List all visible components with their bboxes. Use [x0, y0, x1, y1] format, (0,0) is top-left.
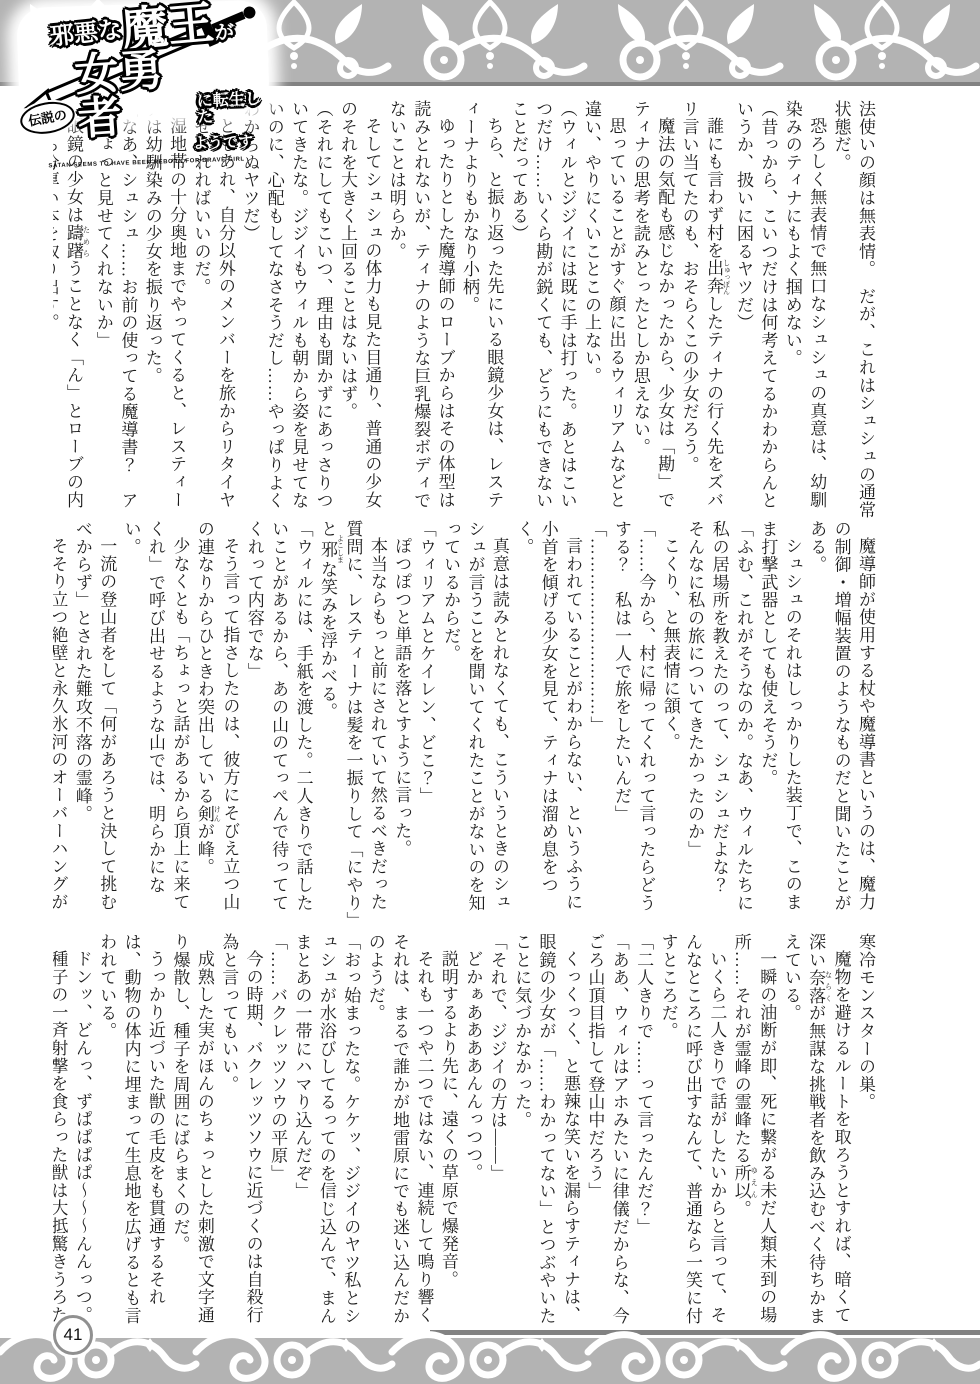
paragraph: 少なくとも「ちょっと話があるから頂上に来てくれ」で呼び出せるような山では、明らか…	[118, 520, 191, 927]
paragraph: 種子の一斉射撃を食らった獣は大抵驚きうろたえ、	[53, 933, 69, 1338]
bottom-ornament-border	[0, 1326, 980, 1384]
paragraph: 「……今から、村に帰ってくれって言ったらどうする？ 私は一人で旅をしたいんだ」	[609, 520, 658, 927]
paragraph: 「……バクレッツソウの平原」	[265, 933, 289, 1338]
paragraph: そう言って指さしたのは、彼方にそびえ立つ山の連なりからひときわ突出している剣けん…	[191, 520, 241, 927]
page-number: 41	[64, 1325, 83, 1345]
paragraph: いくら二人きりで話がしたいからと言って、そんなところに呼び出すなんて、普通なら一…	[655, 933, 728, 1338]
paragraph: 「…………………………」	[584, 520, 608, 927]
paragraph: 魔導師が使用する杖や魔導書というのは、魔力の制御・増幅装置のようなものだと聞いた…	[804, 520, 877, 927]
logo-line2-big: 女勇者	[73, 46, 199, 142]
paragraph: ゆったりとした魔導師のローブからはその体型は読みとれないが、ティナのような巨乳爆…	[383, 100, 456, 519]
paragraph: それも一つや二つではない、連続して鳴り響くそれは、まるで誰かが地雷原にでも迷い込…	[362, 933, 435, 1338]
paragraph: 「ああ、ウィルはアホみたいに律儀だからな、今ごろ山頂目指して登山中だろう」	[582, 933, 631, 1338]
text-band-bottom: 寒冷モンスターの巣。魔物を避けるルートを取ろうとすれば、暗くて深い奈落ならくが無…	[53, 933, 877, 1338]
paragraph: 思っていることがすぐ顔に出るウィリアムなどと違い、やりにくいことこの上ない。	[579, 100, 628, 519]
paragraph: シュシュのそれはしっかりした装丁で、このまま打撃武器としても使えそうだ。	[755, 520, 804, 927]
paragraph: 「ウィリアムとケイレン、どこ？」	[413, 520, 437, 927]
paragraph: 「おっ始まったな。ケケッ、ジジイのヤツ私とシュシュが水浴びしてるってのを信じ込ん…	[289, 933, 362, 1338]
novel-page: { "page": { "number": "41", "colors": { …	[0, 0, 980, 1384]
paragraph: 誰にも言わず村を出奔しゅっぽんしたティナの行く先をズバリ言い当てたのも、おそらく…	[676, 100, 730, 519]
paragraph: 言われていることがわからない、というふうに小首を傾げる少女を見て、ティナは溜め息…	[511, 520, 584, 927]
paragraph: 寒冷モンスターの巣。	[853, 933, 877, 1338]
paragraph: 魔法の気配も感じなかったから、少女は「勘」でティナの思考を読みとったとしか思えな…	[627, 100, 676, 519]
paragraph: くっくっく、と悪辣な笑いを漏らすティナは、眼鏡の少女が「……わかってない」とつぶ…	[509, 933, 582, 1338]
logo-line1-prefix: 邪悪な	[49, 18, 123, 49]
paragraph: どかぁああああんんっつつ。	[460, 933, 484, 1338]
paragraph: 「二人きりで……って言ったんだ？」	[631, 933, 655, 1338]
page-number-badge: 41	[53, 1315, 93, 1355]
paragraph: 真意は読みとれなくても、こういうときのシュシュが言うことを聞いてくれたことがない…	[438, 520, 511, 927]
paragraph: 「ウィルには、手紙を渡した。二人きりで話したいことがあるから、あの山のてっぺんで…	[241, 520, 314, 927]
paragraph: ドンッ、どんっ、ずぱぱぱぱ～～～んんっつ。	[69, 933, 93, 1338]
paragraph: 一瞬の油断が即、死に繋がる未だ人類未到の場所……それが霊峰の霊峰たる所以ゆえん。	[728, 933, 778, 1338]
paragraph: ぽつぽつと単語を落とすように言った。	[389, 520, 413, 927]
text-band-middle: 魔導師が使用する杖や魔導書というのは、魔力の制御・増幅装置のようなものだと聞いた…	[53, 520, 877, 927]
paragraph: 今の時期、バクレッツソウに近づくのは自殺行為と言ってもいい。	[216, 933, 265, 1338]
paragraph: 説明するより先に、遠くの草原で爆発音。	[436, 933, 460, 1338]
paragraph: そしてシュシュの体力も見た目通り、普通の少女のそれを大きく上回ることはないはず。	[335, 100, 384, 519]
paragraph: （ウィルとジジイには既に手は打った。あとはこいつだけ……いくら勘が鋭くても、どう…	[505, 100, 578, 519]
logo-legend-badge: 伝説の	[18, 98, 78, 138]
paragraph: （それにしてもこいつ、理由も聞かずにあっさりついてきたな。ジジイもウィルも朝から…	[237, 100, 335, 519]
series-logo: 邪悪な 魔王 が 伝説の 女勇者 に転生した ようです SATAN SEEMS …	[16, 0, 270, 118]
paragraph: ちら、と振り返った先にいる眼鏡少女は、レスティーナよりもかなり小柄。	[457, 100, 506, 519]
paragraph: 成熟した実がほんのちょっとした刺激で文字通り爆散し、種子を周囲にばらまくのだ。	[167, 933, 216, 1338]
paragraph: 魔物を避けるルートを取ろうとすれば、暗くて深い奈落ならくが無謀な挑戦者を飲み込む…	[778, 933, 852, 1338]
paragraph: 法使いの顔は無表情。 だが、これはシュシュの通常状態だ。	[828, 100, 877, 519]
logo-line-2: 伝説の 女勇者 に転生した	[18, 46, 271, 143]
logo-line1-big: 魔王	[120, 0, 216, 53]
paragraph: （昔っから、こいつだけは何考えてるかわからんというか、扱いに困るヤツだ）	[731, 100, 780, 519]
paragraph: 恐ろしく無表情で無口なシュシュの真意は、幼馴染みのティナにもよく掴めない。	[779, 100, 828, 519]
logo-line2-suffix: に転生した	[196, 92, 270, 127]
paragraph: そそり立つ絶壁と永久氷河のオーバーハングが侵入者を頑として寄せつけない、文字通り…	[53, 520, 69, 927]
paragraph: こくり、と無表情に頷く。	[657, 520, 681, 927]
paragraph: 一流の登山者をして「何があろうと決して挑むべからず」とされた難攻不落の霊峰。	[69, 520, 118, 927]
paragraph: 「それで、ジジイの方は――」	[484, 933, 508, 1338]
paragraph: うっかり近づいた獣の毛皮をも貫通するそれは、動物の体内に埋まって生息地を広げると…	[94, 933, 167, 1338]
paragraph: 本当ならもっと前にされていて然るべきだった質問に、レスティーナは髪を一振りして「…	[315, 520, 389, 927]
paragraph: 「ふむ、これがそうなのか。なあ、ウィルたちに私の居場所を教えたのって、シュシュだ…	[682, 520, 755, 927]
logo-line1-suffix: が	[214, 23, 235, 44]
